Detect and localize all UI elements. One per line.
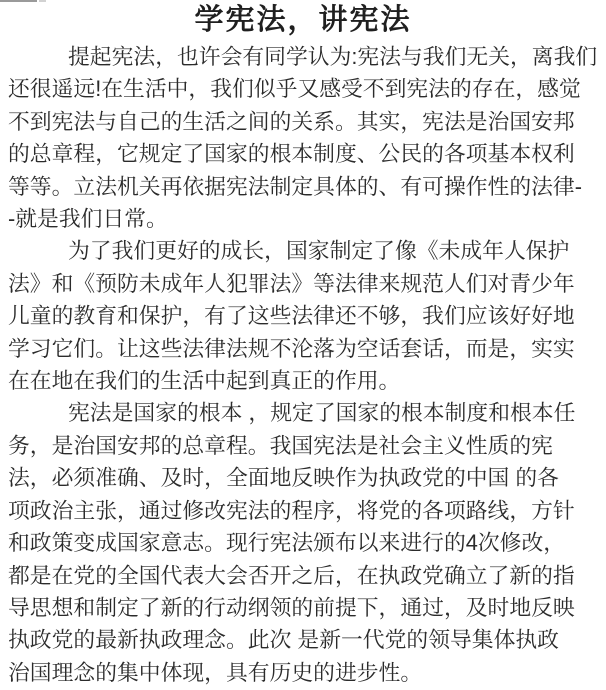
text-line: 法，必须准确、及时，全面地反映作为执政党的中国 的各 (8, 462, 602, 494)
text-line: 宪法是国家的根本 ，规定了国家的根本制度和根本任 (8, 397, 602, 429)
text-line: 为了我们更好的成长，国家制定了像《未成年人保护 (8, 235, 602, 267)
text-line: 学习它们。让这些法律法规不沦落为空话套话，而是，实实 (8, 333, 602, 365)
text-line: 等等。立法机关再依据宪法制定具体的、有可操作性的法律- (8, 171, 602, 203)
text-line: -就是我们日常。 (8, 203, 602, 235)
text-line: 执政党的最新执政理念。此次 是新一代党的领导集体执政 (8, 624, 602, 656)
scan-artifact-speck (39, 0, 46, 2)
text-line: 治国理念的集中体现，具有历史的进步性。 (8, 657, 602, 689)
text-line: 儿童的教育和保护，有了这些法律还不够，我们应该好好地 (8, 300, 602, 332)
document-body: 提起宪法，也许会有同学认为:宪法与我们无关，离我们还很遥远!在生活中，我们似乎又… (0, 41, 606, 689)
text-line: 务，是治国安邦的总章程。我国宪法是社会主义性质的宪 (8, 430, 602, 462)
text-line: 导思想和制定了新的行动纲领的前提下，通过，及时地反映 (8, 592, 602, 624)
text-line: 还很遥远!在生活中，我们似乎又感受不到宪法的存在，感觉 (8, 73, 602, 105)
text-line: 和政策变成国家意志。现行宪法颁布以来进行的4次修改， (8, 527, 602, 559)
text-line: 的总章程，它规定了国家的根本制度、公民的各项基本权利 (8, 138, 602, 170)
scan-artifact-line (0, 0, 37, 2)
text-line: 法》和《预防未成年人犯罪法》等法律来规范人们对青少年 (8, 268, 602, 300)
text-line: 在在地在我们的生活中起到真正的作用。 (8, 365, 602, 397)
text-line: 不到宪法与自己的生活之间的关系。其实，宪法是治国安邦 (8, 106, 602, 138)
text-line: 项政治主张，通过修改宪法的程序，将党的各项路线，方针 (8, 495, 602, 527)
text-line: 都是在党的全国代表大会否开之后，在执政党确立了新的指 (8, 560, 602, 592)
document-title: 学宪法，讲宪法 (0, 0, 606, 37)
text-line: 提起宪法，也许会有同学认为:宪法与我们无关，离我们 (8, 41, 602, 73)
